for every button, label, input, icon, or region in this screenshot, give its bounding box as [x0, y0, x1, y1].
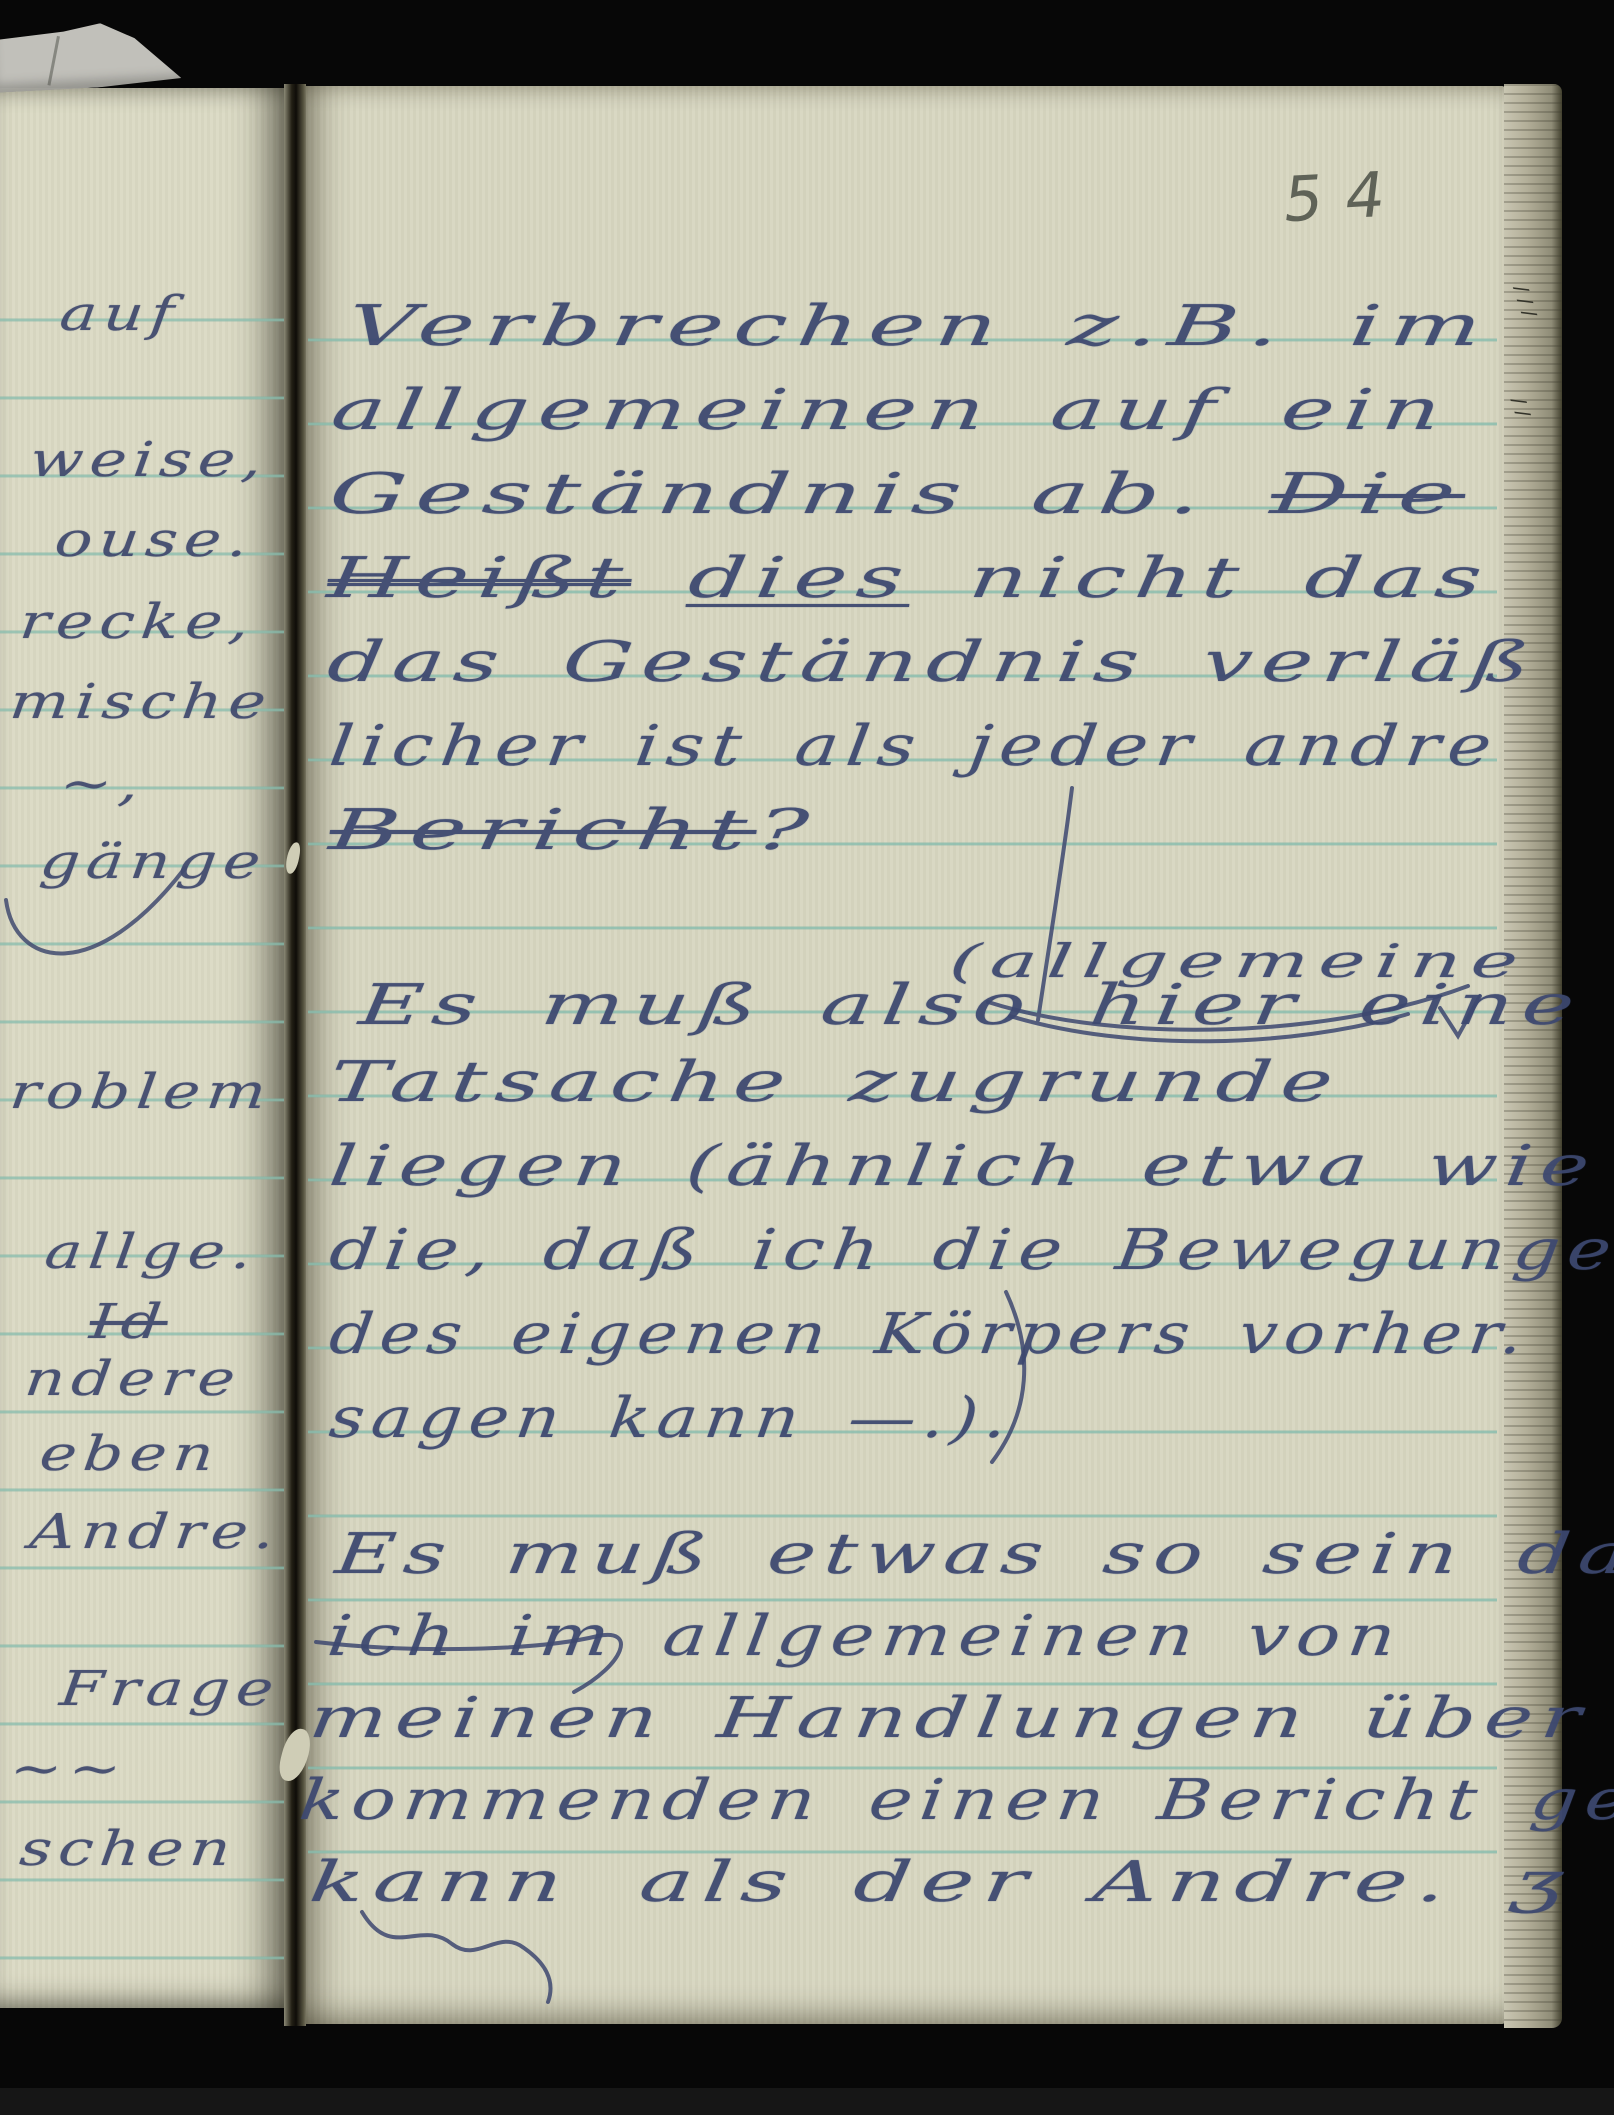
handwriting-line: Geständnis ab. Die: [326, 463, 1469, 527]
scan-bottom-strip: [0, 2088, 1614, 2115]
handwriting-line: meinen Handlungen über: [306, 1687, 1593, 1751]
handwriting-line: licher ist als jeder andre: [326, 715, 1503, 779]
handwriting-fragment: recke,: [17, 594, 258, 650]
handwriting-fragment: eben: [37, 1426, 223, 1482]
underlined-word: dies: [685, 546, 916, 611]
handwriting-line: des eigenen Körpers vorher.: [326, 1303, 1533, 1367]
handwriting-fragment: ∼,: [57, 756, 148, 812]
tape-crease: [47, 36, 59, 86]
handwriting-fragment: mische: [7, 674, 275, 730]
handwriting-line: kommenden einen Bericht geb.: [296, 1769, 1614, 1833]
left-page: [0, 88, 286, 2008]
handwriting-fragment: gänge: [37, 834, 270, 890]
handwriting-line: Es muß also hier eine v: [356, 967, 1614, 1038]
handwriting-line: Tatsache zugrunde: [326, 1051, 1346, 1115]
handwriting-line: das Geständnis verläß: [324, 631, 1542, 695]
handwriting-line: die, daß ich die Bewegungen: [326, 1219, 1614, 1283]
handwriting-line: Heißt dies nicht das: [324, 547, 1495, 611]
handwriting-fragment: weise,: [27, 432, 271, 488]
struck-word: Heißt: [324, 546, 636, 611]
handwriting-line: Verbrechen z.B. im: [344, 295, 1495, 359]
handwriting-line: sagen kann —.).: [326, 1387, 1017, 1451]
page-number: 54: [1280, 156, 1412, 236]
handwriting-fragment: Andre.: [27, 1504, 284, 1560]
handwriting-fragment-struck: Id: [87, 1294, 170, 1350]
handwriting-fragment: Frage: [57, 1661, 283, 1717]
handwriting-line: Es muß etwas so sein daß: [332, 1523, 1614, 1587]
handwriting-fragment: roblem: [7, 1064, 275, 1120]
handwriting-line: ich im allgemeinen von: [324, 1605, 1407, 1669]
struck-word: Bericht: [326, 798, 761, 863]
handwriting-fragment: ndere: [22, 1351, 244, 1407]
struck-word: Die: [1267, 462, 1469, 527]
handwriting-line: Bericht?: [326, 799, 822, 863]
notebook-scan: /// // 54 Verbrechen z.B. im allgemeinen…: [0, 0, 1614, 2115]
handwriting-fragment: allge.: [42, 1224, 261, 1280]
tape-fragment: [0, 19, 182, 93]
handwriting-fragment: schen: [17, 1821, 240, 1877]
handwriting-line: liegen (ähnlich etwa wie: [326, 1135, 1601, 1199]
handwriting-fragment: ∼∼: [7, 1741, 130, 1797]
handwriting-line: allgemeinen auf ein: [328, 379, 1454, 443]
handwriting-line: kann: [306, 1851, 575, 1915]
handwriting-line: als der Andre. ʒ: [636, 1851, 1576, 1915]
handwriting-fragment: auf: [57, 286, 183, 342]
handwriting-fragment: ouse.: [52, 512, 257, 568]
